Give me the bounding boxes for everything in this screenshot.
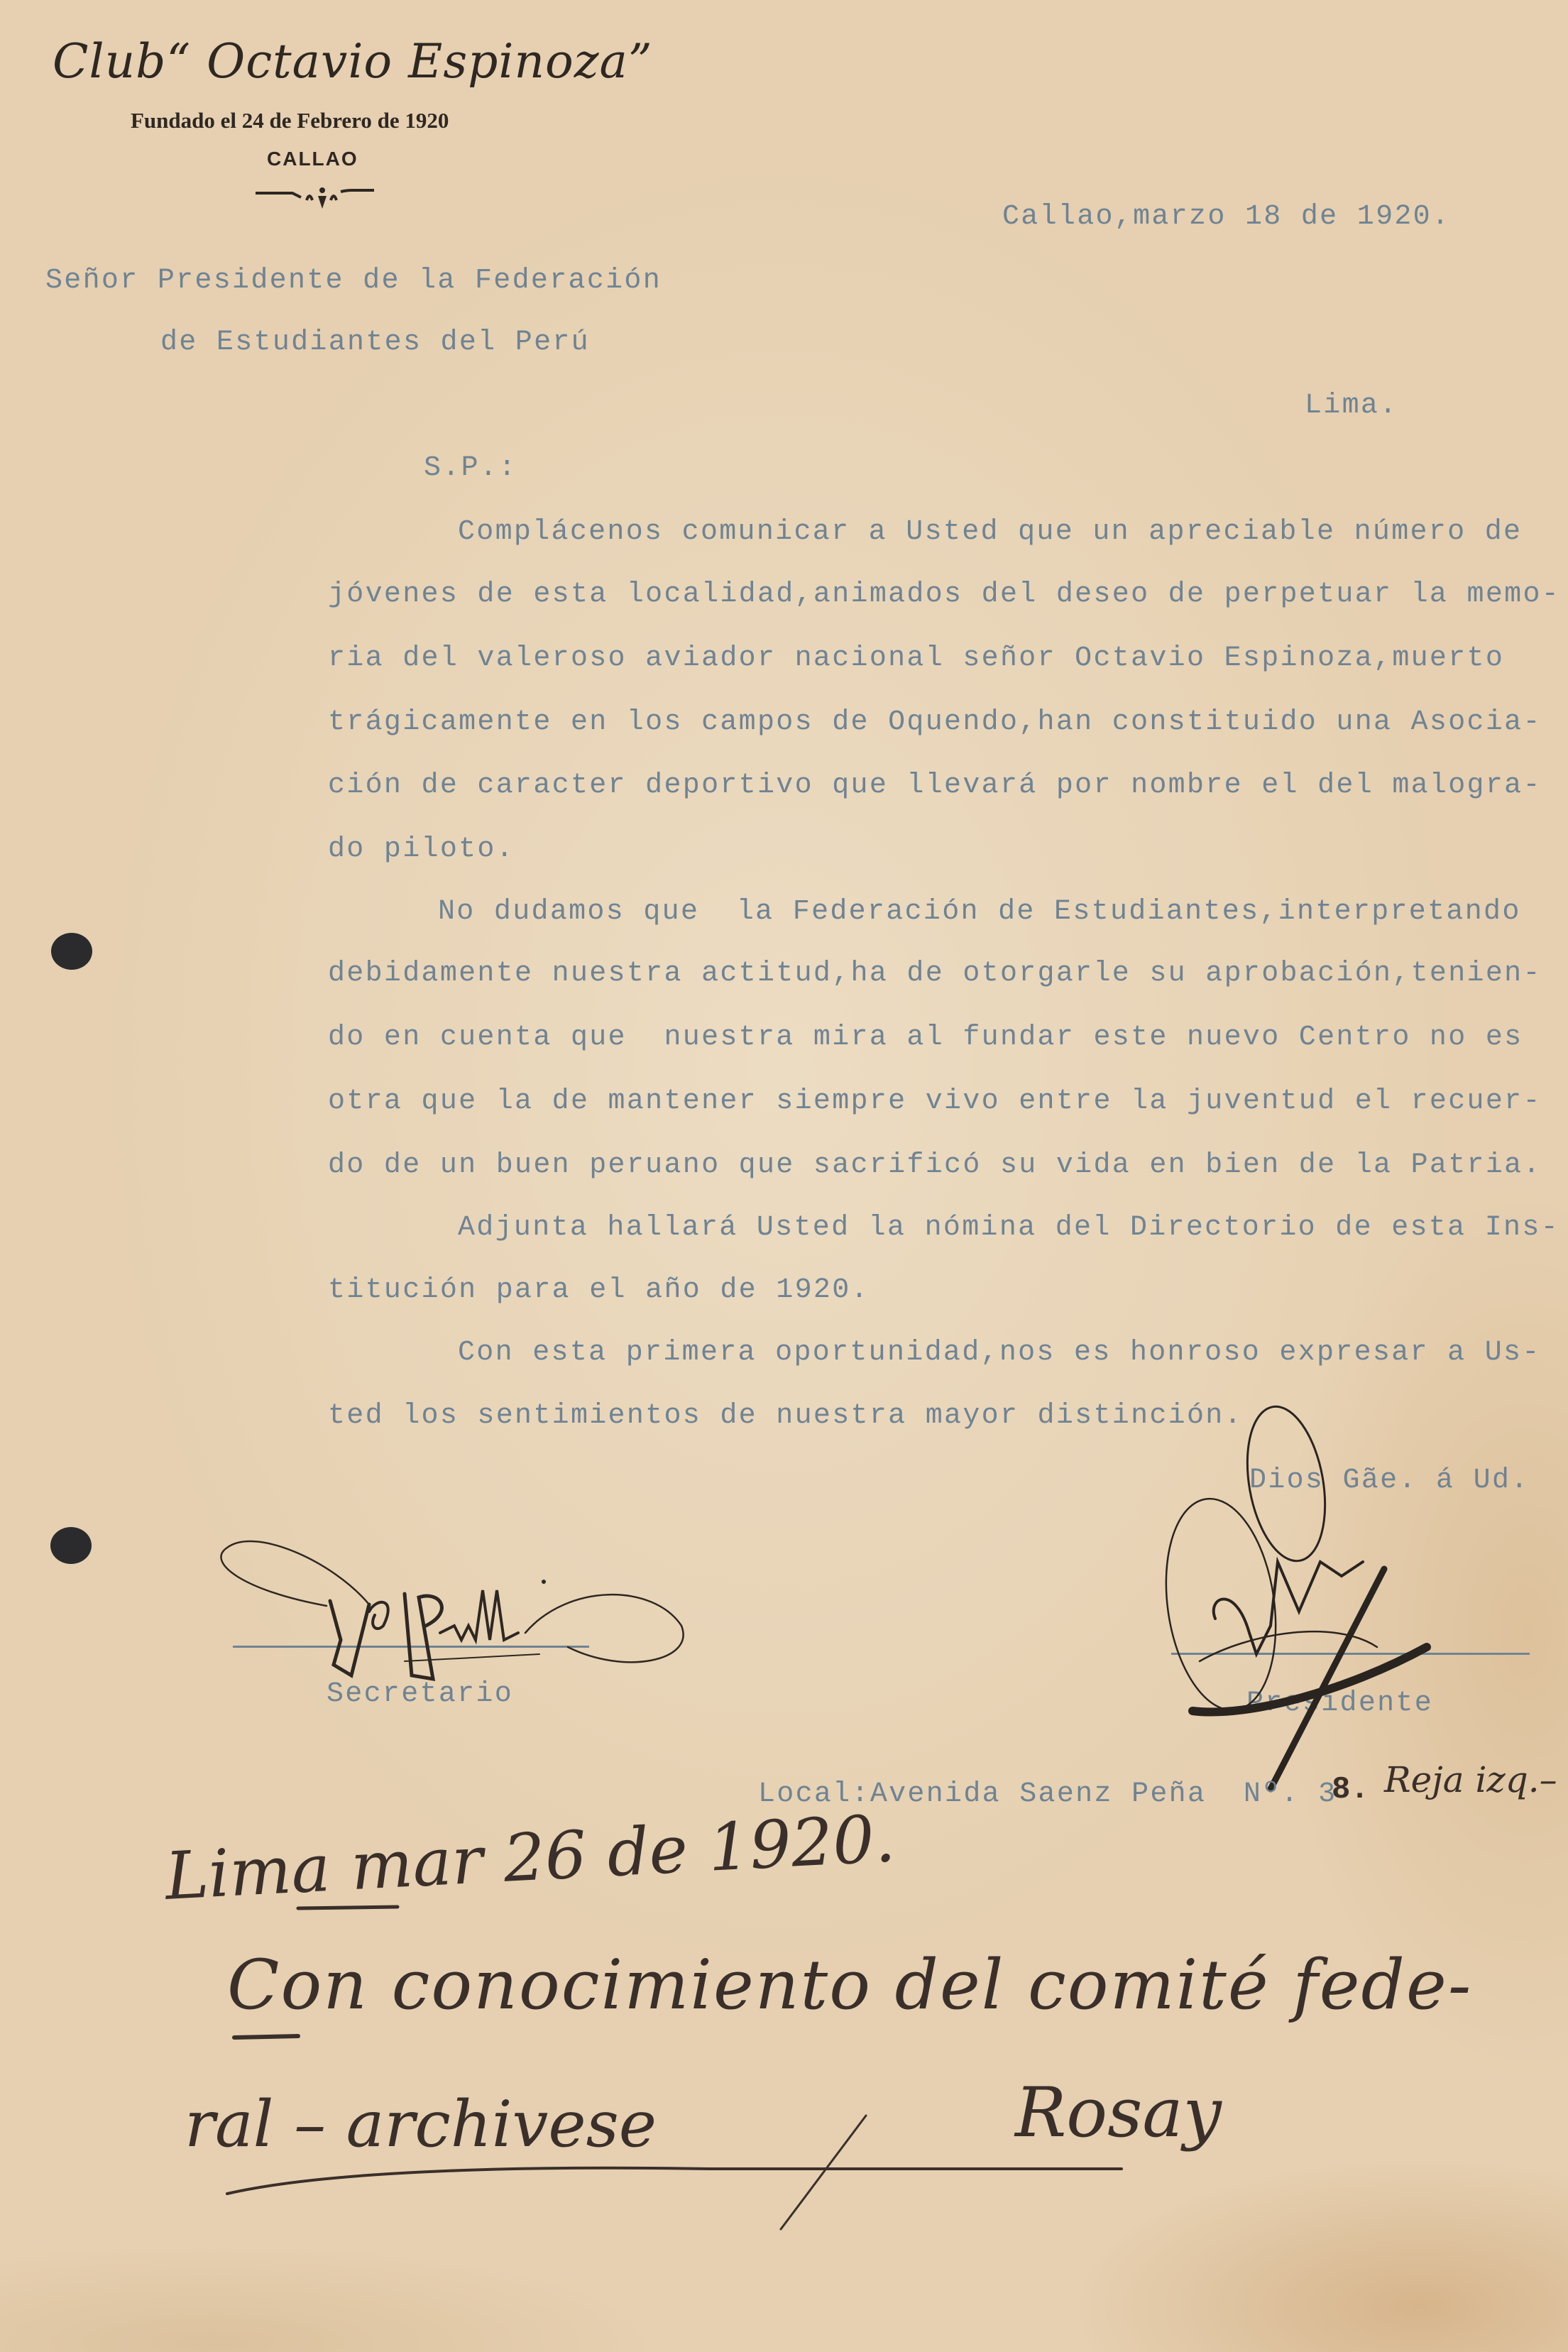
body-line: ria del valeroso aviador nacional señor … xyxy=(328,645,1504,673)
destination-city: Lima. xyxy=(1305,392,1398,420)
body-line: do de un buen peruano que sacrificó su v… xyxy=(328,1152,1542,1180)
body-line: do en cuenta que nuestra mira al fundar … xyxy=(328,1024,1523,1052)
address-handwritten-note: Reja izq.– xyxy=(1384,1759,1557,1800)
punch-hole-top xyxy=(51,933,92,970)
body-line: do piloto. xyxy=(328,836,515,864)
president-title: Presidente xyxy=(1246,1690,1433,1718)
annotation-signature: Rosay xyxy=(1015,2073,1222,2153)
president-signature-line xyxy=(1171,1653,1530,1655)
closing-formula: Dios Gãe. á Ud. xyxy=(1249,1467,1530,1495)
letter-date: Callao,marzo 18 de 1920. xyxy=(1002,203,1450,231)
body-line: debidamente nuestra actitud,ha de otorga… xyxy=(328,960,1542,988)
addressee-line-2: de Estudiantes del Perú xyxy=(160,329,590,357)
founded-date: Fundado el 24 de Febrero de 1920 xyxy=(131,108,449,133)
body-line: ted los sentimientos de nuestra mayor di… xyxy=(328,1402,1243,1431)
body-line: Con esta primera oportunidad,nos es honr… xyxy=(458,1339,1541,1367)
address-number-handwritten: 8. xyxy=(1332,1772,1369,1807)
secretary-signature-line xyxy=(233,1646,589,1648)
body-line: trágicamente en los campos de Oquendo,ha… xyxy=(328,709,1542,737)
body-line: Complácenos comunicar a Usted que un apr… xyxy=(458,518,1522,547)
annotation-line-2: Con conocimiento del comité fede- xyxy=(227,1945,1472,2025)
body-line: ción de caracter deportivo que llevará p… xyxy=(328,772,1542,800)
secretary-title: Secretario xyxy=(327,1680,513,1709)
club-name: Club“ Octavio Espinoza” xyxy=(53,34,653,89)
annotation-line-3: ral – archivese xyxy=(185,2087,657,2162)
body-line: titución para el año de 1920. xyxy=(328,1276,870,1305)
body-line: otra que la de mantener siempre vivo ent… xyxy=(328,1088,1542,1116)
body-line: jóvenes de esta localidad,animados del d… xyxy=(328,581,1560,609)
body-line: Adjunta hallará Usted la nómina del Dire… xyxy=(458,1214,1559,1242)
body-line: No dudamos que la Federación de Estudian… xyxy=(438,898,1521,926)
letterhead-city: CALLAO xyxy=(267,148,358,170)
salutation: S.P.: xyxy=(424,454,517,483)
addressee-line-1: Señor Presidente de la Federación xyxy=(45,267,662,295)
punch-hole-bottom xyxy=(50,1527,92,1564)
